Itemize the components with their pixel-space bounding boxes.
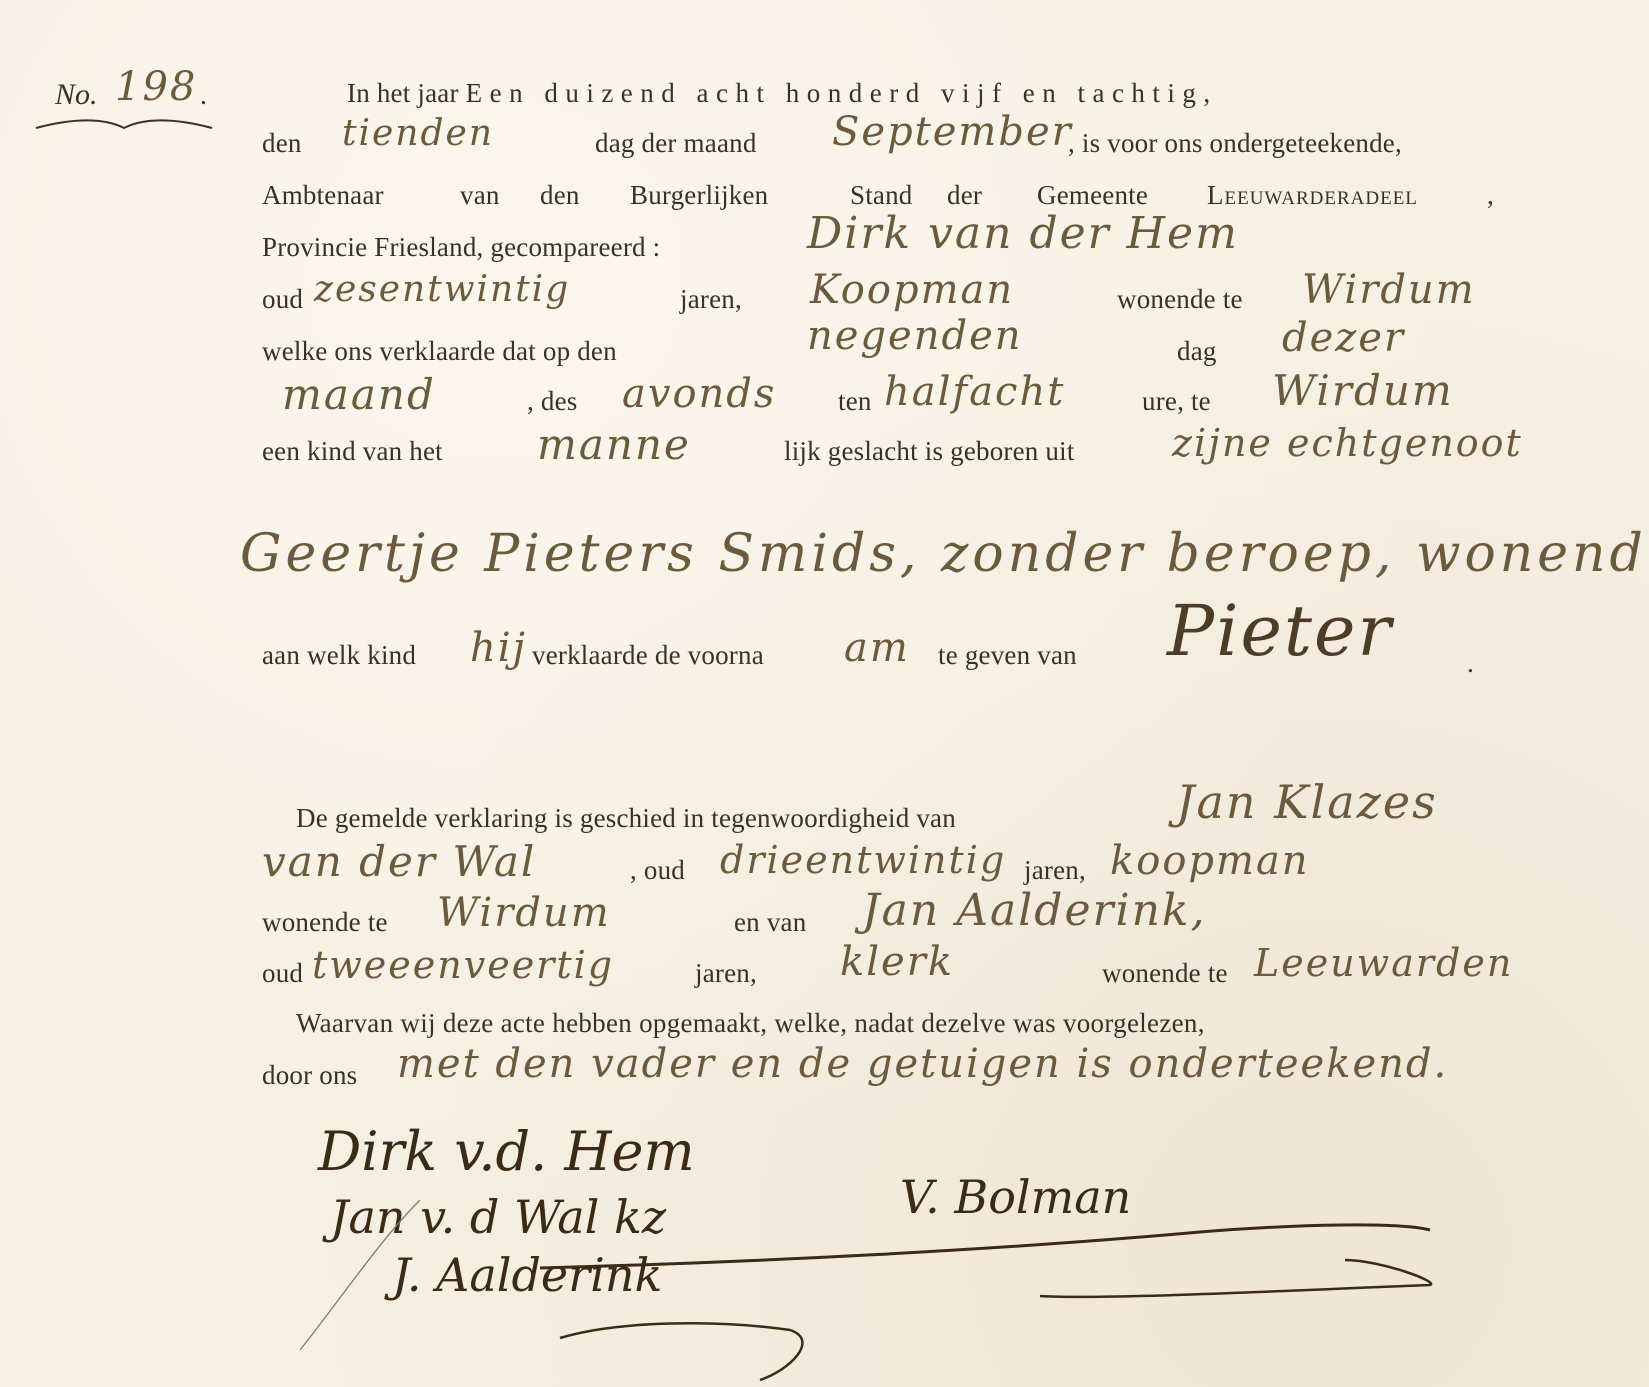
print-text: wonende te <box>1102 960 1228 987</box>
handwritten-day: tienden <box>342 116 494 152</box>
handwritten-mother-details: Geertje Pieters Smids, zonder beroep, wo… <box>240 524 1649 584</box>
line-closing: Waarvan wij deze acte hebben opgemaakt, … <box>296 1010 1205 1037</box>
print-text: Stand <box>850 182 913 209</box>
handwritten-month: September <box>832 112 1073 152</box>
handwritten-am: am <box>844 628 910 668</box>
print-text: Waarvan wij deze acte hebben opgemaakt, … <box>296 1008 1205 1038</box>
print-text: door ons <box>262 1062 357 1089</box>
print-text: Provincie Friesland, gecompareerd : <box>262 234 660 261</box>
print-text: , des <box>527 388 578 415</box>
print-text: dag der maand <box>595 130 757 157</box>
print-text: dag <box>1177 338 1217 365</box>
print-text: jaren, <box>695 960 757 987</box>
handwritten-birth-time: halfacht <box>884 372 1065 412</box>
handwritten-month-word: maand <box>282 374 436 416</box>
handwritten-witness1-residence: Wirdum <box>437 893 611 933</box>
handwritten-witness1-occupation: koopman <box>1110 841 1310 881</box>
print-text: oud <box>262 960 303 987</box>
print-text: jaren, <box>1024 857 1086 884</box>
line-mother: Geertje Pieters Smids, zonder beroep, wo… <box>240 528 1649 580</box>
handwritten-witness1-name: Jan Klazes <box>1176 779 1438 825</box>
handwritten-birth-day: negenden <box>807 316 1023 356</box>
handwritten-father-occupation: Koopman <box>810 270 1014 310</box>
signature-official: V. Bolman <box>900 1170 1131 1224</box>
print-text: te geven van <box>938 642 1077 669</box>
municipality-name: Leeuwarderadeel <box>1207 182 1418 209</box>
handwritten-father-residence: Wirdum <box>1302 270 1476 310</box>
handwritten-sex: manne <box>537 424 691 466</box>
print-text: De gemelde verklaring is geschied in teg… <box>296 805 956 832</box>
print-text: verklaarde de voorna <box>532 642 764 669</box>
print-text: van <box>460 182 500 209</box>
print-text: oud <box>262 286 303 313</box>
print-text: Ambtenaar <box>262 182 384 209</box>
handwritten-signed-clause: met den vader en de getuigen is ondertee… <box>397 1044 1448 1084</box>
handwritten-father-name: Dirk van der Hem <box>807 212 1239 256</box>
handwritten-witness1-age: drieentwintig <box>720 841 1006 879</box>
handwritten-witness2-residence: Leeuwarden <box>1254 944 1513 982</box>
handwritten-witness2-age: tweeenveertig <box>312 946 614 984</box>
signature-witness2: J. Aalderink <box>392 1248 662 1302</box>
print-text: een kind van het <box>262 438 443 465</box>
handwritten-evening: avonds <box>622 374 776 414</box>
signature-witness1: Jan v. d Wal kz <box>330 1190 666 1244</box>
record-number-value: 198 <box>115 64 197 110</box>
print-text: In het jaar <box>347 78 459 108</box>
handwritten-he: hij <box>470 628 527 668</box>
print-text: aan welk kind <box>262 642 416 669</box>
print-text: den <box>540 182 580 209</box>
handwritten-witness2-name: Jan Aalderink, <box>862 889 1207 933</box>
print-text: den <box>262 130 302 157</box>
print-text: Burgerlijken <box>630 182 768 209</box>
record-number-label: No. <box>55 78 98 112</box>
handwritten-child-name: Pieter <box>1167 596 1393 666</box>
print-year-text: Een duizend acht honderd vijf en tachtig… <box>466 78 1218 108</box>
signature-father: Dirk v.d. Hem <box>318 1120 695 1183</box>
print-text: , oud <box>630 857 685 884</box>
print-text: Gemeente <box>1037 182 1148 209</box>
print-text: . <box>1467 650 1474 677</box>
handwritten-witness1-surname: van der Wal <box>262 841 536 883</box>
print-text: ure, te <box>1142 388 1211 415</box>
record-number-dot: . <box>200 80 207 112</box>
print-text: , is voor ons ondergeteekende, <box>1068 130 1402 157</box>
print-text: en van <box>734 909 806 936</box>
print-text: lijk geslacht is geboren uit <box>784 438 1075 465</box>
print-text: , <box>1487 182 1494 209</box>
flourish-ornament <box>34 116 214 136</box>
print-text: jaren, <box>680 286 742 313</box>
line-year: In het jaar Een duizend acht honderd vij… <box>347 80 1218 107</box>
handwritten-father-age: zesentwintig <box>314 272 570 308</box>
print-text: welke ons verklaarde dat op den <box>262 338 617 365</box>
handwritten-witness2-occupation: klerk <box>840 942 954 982</box>
handwritten-his-wife: zijne echtgenoot <box>1172 424 1523 462</box>
handwritten-this: dezer <box>1282 318 1405 358</box>
print-text: ten <box>838 388 872 415</box>
print-text: wonende te <box>262 909 388 936</box>
print-text: wonende te <box>1117 286 1243 313</box>
print-text: der <box>947 182 982 209</box>
handwritten-birth-place: Wirdum <box>1272 370 1454 412</box>
